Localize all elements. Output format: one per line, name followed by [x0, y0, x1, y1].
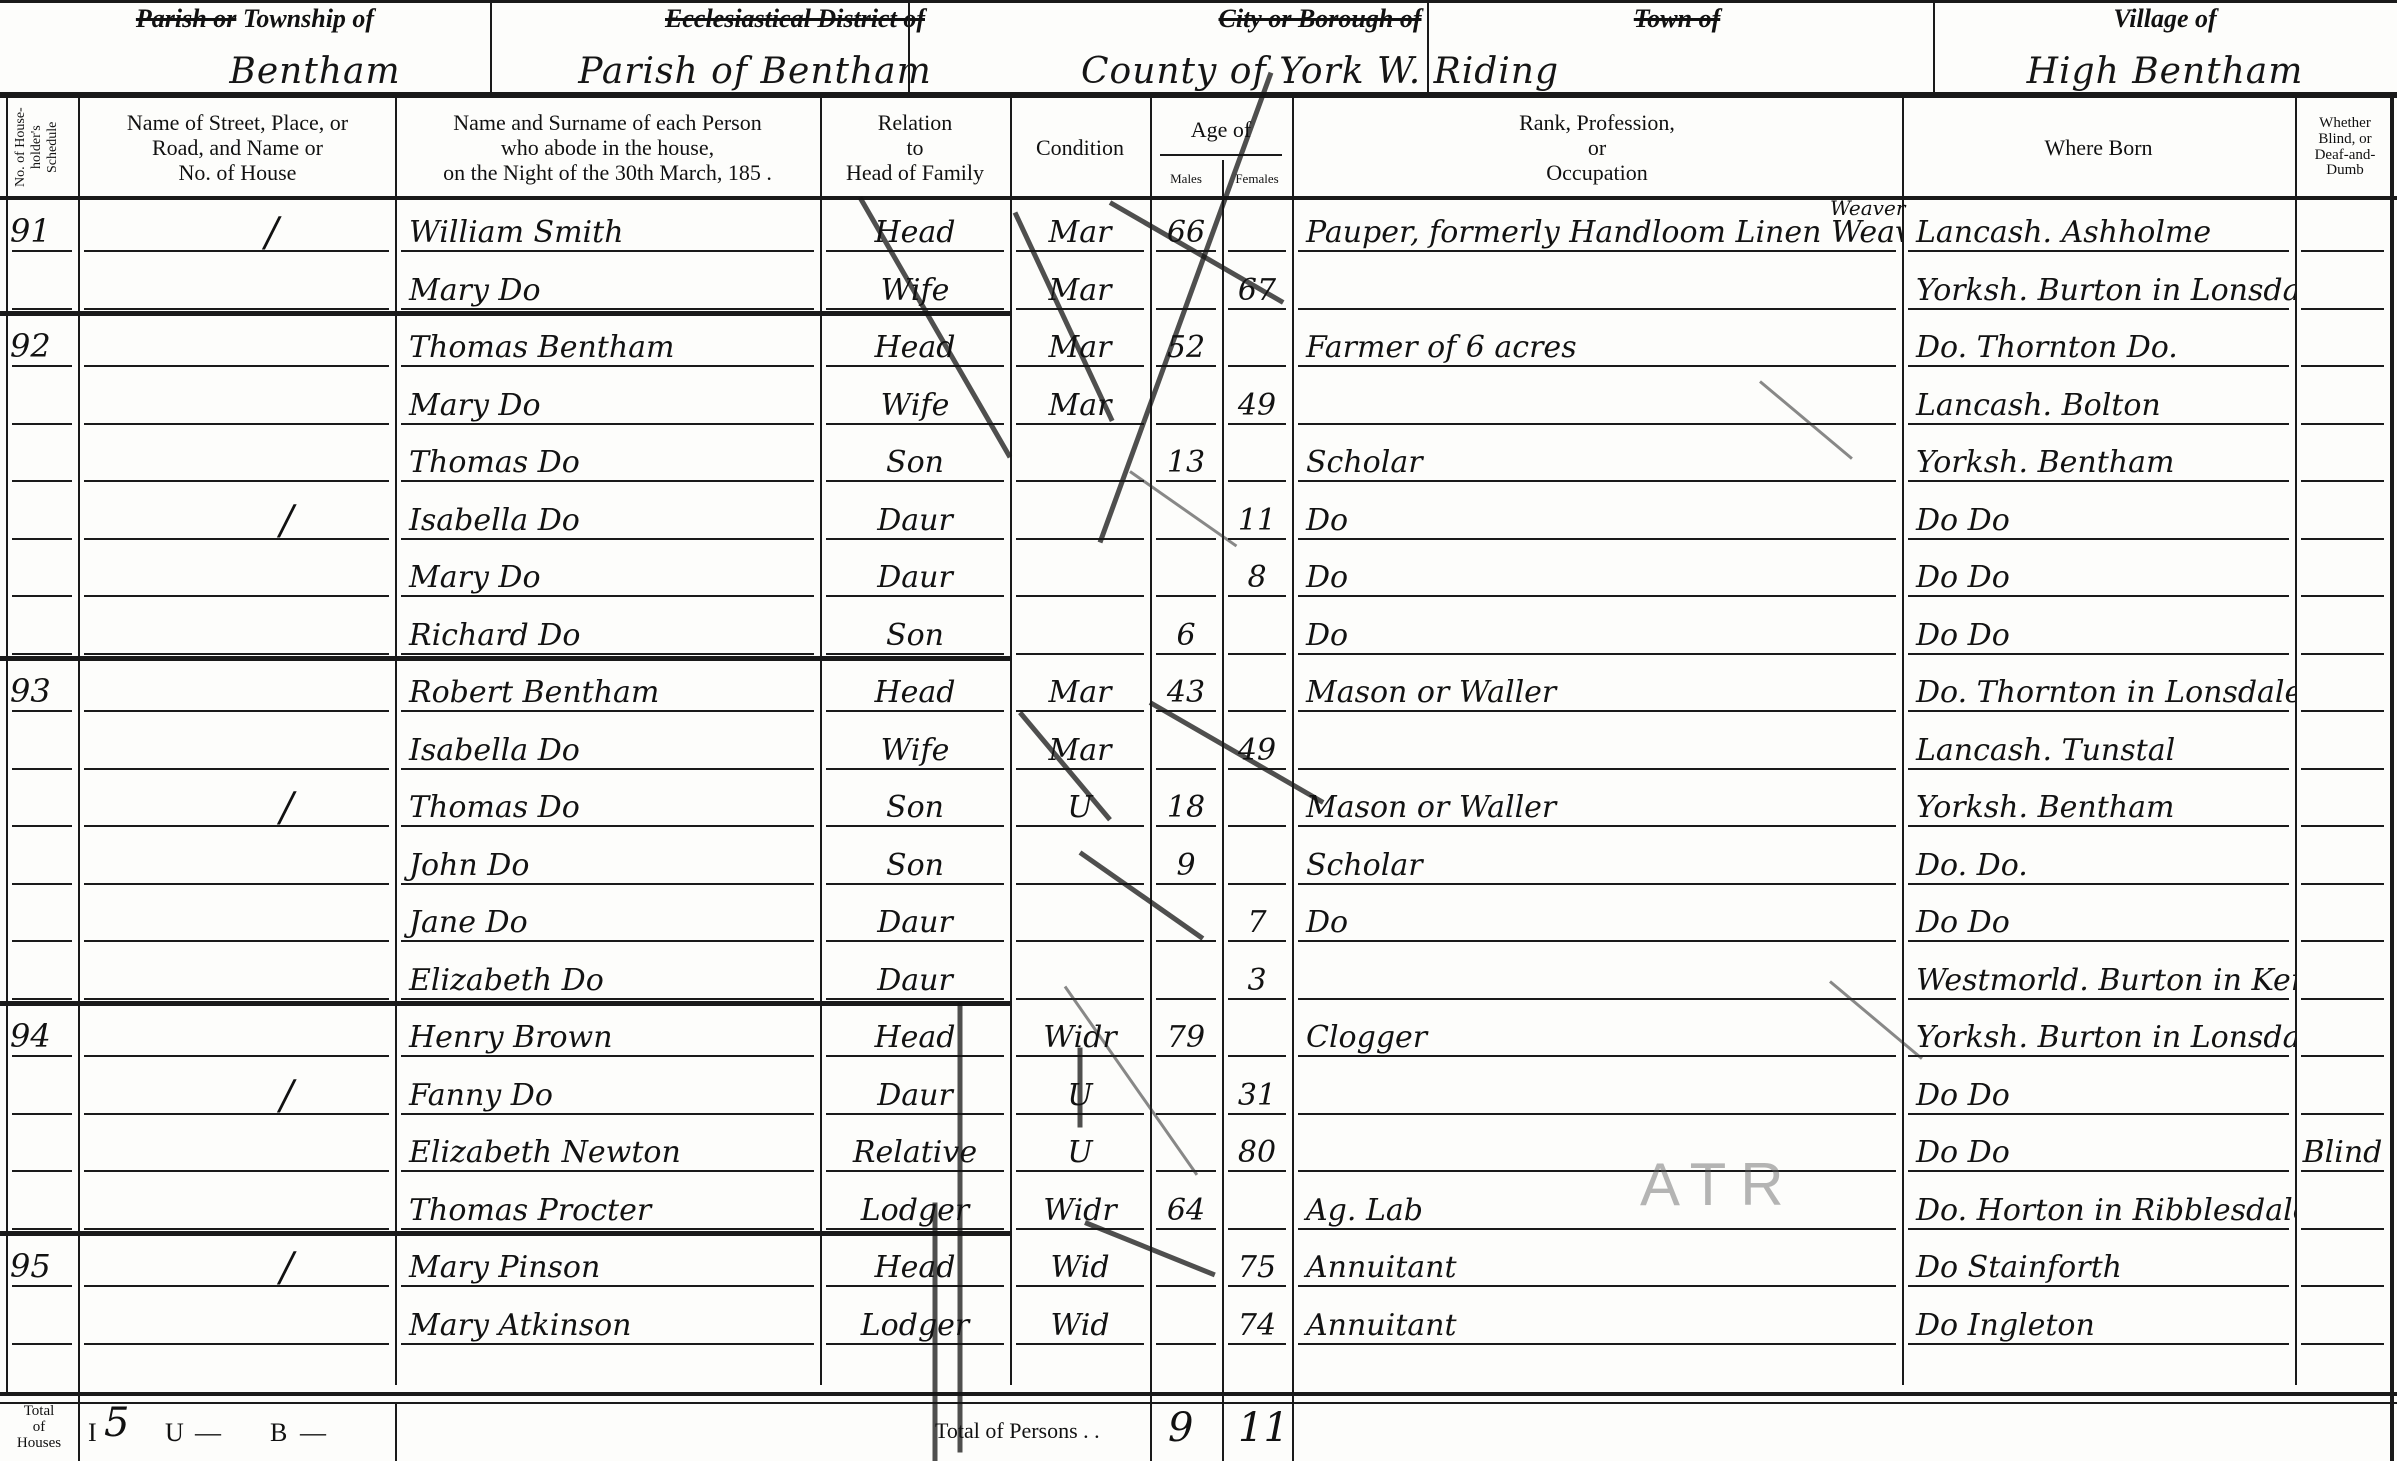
- condition: Wid: [1010, 1293, 1150, 1347]
- occupation: Pauper, formerly Handloom Linen Weaver: [1292, 200, 1902, 254]
- table-row: Thomas DoSon13ScholarYorksh. Bentham: [0, 430, 2397, 488]
- person-name: Mary Do: [395, 258, 820, 312]
- person-name: Jane Do: [395, 890, 820, 944]
- person-name: Mary Do: [395, 545, 820, 599]
- total-females: 11: [1238, 1405, 1289, 1451]
- uninhabited-value: —: [195, 1418, 221, 1448]
- relation-to-head: Head: [820, 1005, 1010, 1059]
- street-address: [78, 1293, 395, 1347]
- table-row: Mary DoDaur8DoDo Do: [0, 545, 2397, 603]
- total-houses-label: Total of Houses: [2, 1404, 76, 1451]
- person-name: Thomas Do: [395, 775, 820, 829]
- schedule-number: [6, 545, 78, 599]
- where-born: Yorksh. Bentham: [1902, 430, 2295, 484]
- where-born: Lancash. Bolton: [1902, 373, 2295, 427]
- occupation: Clogger: [1292, 1005, 1902, 1059]
- schedule-number: [6, 258, 78, 312]
- where-born: Do Do: [1902, 488, 2295, 542]
- street-address: [78, 315, 395, 369]
- person-name: Robert Bentham: [395, 660, 820, 714]
- age-male: [1150, 545, 1222, 599]
- ecclesiastical-value: Parish of Bentham: [490, 51, 1020, 92]
- header-ecclesiastical: Ecclesiastical District of Parish of Ben…: [490, 0, 1020, 92]
- parish-value: Bentham: [20, 51, 490, 92]
- schedule-number: [6, 718, 78, 772]
- inhabited-value: 5: [104, 1400, 129, 1446]
- relation-to-head: Son: [820, 833, 1010, 887]
- schedule-number: 92: [6, 315, 78, 369]
- occupation: [1292, 373, 1902, 427]
- relation-to-head: Daur: [820, 948, 1010, 1002]
- street-address: [78, 660, 395, 714]
- schedule-number: 95: [6, 1235, 78, 1289]
- person-name: Elizabeth Newton: [395, 1120, 820, 1174]
- street-address: [78, 718, 395, 772]
- footer-rule: [0, 1392, 2397, 1396]
- age-female: [1222, 200, 1292, 254]
- table-row: Isabella DoDaur11DoDo Do: [0, 488, 2397, 546]
- ecclesiastical-struck-label: Ecclesiastical District of: [665, 4, 925, 33]
- blind-deaf: [2295, 430, 2390, 484]
- blind-deaf: [2295, 603, 2390, 657]
- village-value: High Bentham: [1933, 51, 2397, 92]
- relation-to-head: Wife: [820, 718, 1010, 772]
- where-born: Do Ingleton: [1902, 1293, 2295, 1347]
- where-born: Do Do: [1902, 890, 2295, 944]
- age-female: 11: [1222, 488, 1292, 542]
- street-address: [78, 1120, 395, 1174]
- header-town: Town of: [1427, 0, 1927, 92]
- age-female: 31: [1222, 1063, 1292, 1117]
- age-male: [1150, 1293, 1222, 1347]
- condition: [1010, 833, 1150, 887]
- person-name: Mary Pinson: [395, 1235, 820, 1289]
- street-address: [78, 545, 395, 599]
- schedule-number: [6, 890, 78, 944]
- person-name: Richard Do: [395, 603, 820, 657]
- occupation: Mason or Waller: [1292, 775, 1902, 829]
- blind-deaf: [2295, 718, 2390, 772]
- where-born: Do Stainforth: [1902, 1235, 2295, 1289]
- age-female: 8: [1222, 545, 1292, 599]
- condition: [1010, 890, 1150, 944]
- footer-rule-2: [0, 1402, 2397, 1404]
- schedule-number: [6, 373, 78, 427]
- table-row: 92Thomas BenthamHeadMar52Farmer of 6 acr…: [0, 315, 2397, 373]
- occupation: [1292, 948, 1902, 1002]
- age-male: 18: [1150, 775, 1222, 829]
- occupation: Do: [1292, 545, 1902, 599]
- age-female: 80: [1222, 1120, 1292, 1174]
- city-struck-label: City or Borough of: [1219, 4, 1422, 33]
- relation-to-head: Head: [820, 200, 1010, 254]
- occupation: Annuitant: [1292, 1293, 1902, 1347]
- relation-to-head: Wife: [820, 373, 1010, 427]
- tally-tick-icon: /: [280, 1073, 293, 1119]
- age-male: 64: [1150, 1178, 1222, 1232]
- street-address: [78, 1178, 395, 1232]
- table-row: Elizabeth DoDaur3Westmorld. Burton in Ke…: [0, 948, 2397, 1006]
- age-female: 74: [1222, 1293, 1292, 1347]
- schedule-number: 91: [6, 200, 78, 254]
- blind-deaf: [2295, 258, 2390, 312]
- building-label: B: [270, 1418, 287, 1448]
- person-name: Isabella Do: [395, 488, 820, 542]
- age-male: 52: [1150, 315, 1222, 369]
- table-row: Mary AtkinsonLodgerWid74AnnuitantDo Ingl…: [0, 1293, 2397, 1351]
- relation-to-head: Relative: [820, 1120, 1010, 1174]
- where-born: Do. Thornton Do.: [1902, 315, 2295, 369]
- age-male: 13: [1150, 430, 1222, 484]
- person-name: Mary Atkinson: [395, 1293, 820, 1347]
- relation-to-head: Lodger: [820, 1178, 1010, 1232]
- age-female: 3: [1222, 948, 1292, 1002]
- occupation: Ag. Lab: [1292, 1178, 1902, 1232]
- person-name: Fanny Do: [395, 1063, 820, 1117]
- tally-tick-icon: /: [280, 1245, 293, 1291]
- schedule-number: [6, 430, 78, 484]
- person-name: Thomas Bentham: [395, 315, 820, 369]
- schedule-number: [6, 775, 78, 829]
- schedule-number: [6, 603, 78, 657]
- street-address: [78, 258, 395, 312]
- age-divider: [1160, 154, 1282, 156]
- street-address: [78, 890, 395, 944]
- parish-label: Township of: [243, 4, 374, 33]
- col-head-occupation: Rank, Profession, or Occupation: [1292, 100, 1902, 195]
- age-female: [1222, 603, 1292, 657]
- col-head-blind: Whether Blind, or Deaf-and- Dumb: [2295, 100, 2395, 195]
- person-name: Thomas Procter: [395, 1178, 820, 1232]
- table-row: 94Henry BrownHeadWidr79CloggerYorksh. Bu…: [0, 1005, 2397, 1063]
- relation-to-head: Head: [820, 1235, 1010, 1289]
- col-head-schedule: No. of House-holder's Schedule: [2, 100, 72, 195]
- condition: Mar: [1010, 660, 1150, 714]
- schedule-number: [6, 1063, 78, 1117]
- where-born: Do. Thornton in Lonsdale: [1902, 660, 2295, 714]
- age-female: [1222, 1178, 1292, 1232]
- occupation: Scholar: [1292, 833, 1902, 887]
- condition: Widr: [1010, 1178, 1150, 1232]
- village-label: Village of: [2113, 4, 2216, 33]
- age-female: [1222, 660, 1292, 714]
- occupation: [1292, 718, 1902, 772]
- blind-deaf: [2295, 660, 2390, 714]
- col-head-name: Name and Surname of each Person who abod…: [395, 100, 820, 195]
- blind-deaf: [2295, 833, 2390, 887]
- header-village: Village of High Bentham: [1933, 0, 2397, 92]
- age-female: 49: [1222, 373, 1292, 427]
- schedule-number: [6, 948, 78, 1002]
- table-row: 91William SmithHeadMar66Pauper, formerly…: [0, 200, 2397, 258]
- schedule-number: [6, 1120, 78, 1174]
- occupation: Do: [1292, 488, 1902, 542]
- schedule-number: [6, 1178, 78, 1232]
- condition: U: [1010, 1120, 1150, 1174]
- pencil-stamp: ATR: [1640, 1150, 1798, 1219]
- blind-deaf: [2295, 373, 2390, 427]
- occupation: Do: [1292, 890, 1902, 944]
- col-head-age-males: Males: [1150, 165, 1222, 193]
- relation-to-head: Daur: [820, 545, 1010, 599]
- street-address: [78, 1005, 395, 1059]
- schedule-number: [6, 1293, 78, 1347]
- age-male: [1150, 1120, 1222, 1174]
- title-band-rule: [0, 92, 2397, 98]
- street-address: [78, 775, 395, 829]
- blind-deaf: [2295, 315, 2390, 369]
- age-female: [1222, 1005, 1292, 1059]
- occupation: Mason or Waller: [1292, 660, 1902, 714]
- relation-to-head: Daur: [820, 488, 1010, 542]
- person-name: Isabella Do: [395, 718, 820, 772]
- occupation: Do: [1292, 603, 1902, 657]
- table-row: Thomas ProcterLodgerWidr64Ag. LabDo. Hor…: [0, 1178, 2397, 1236]
- blind-deaf: [2295, 488, 2390, 542]
- table-row: Thomas DoSonU18Mason or WallerYorksh. Be…: [0, 775, 2397, 833]
- street-address: [78, 488, 395, 542]
- age-female: [1222, 315, 1292, 369]
- blind-deaf: Blind: [2295, 1120, 2390, 1174]
- condition: Mar: [1010, 315, 1150, 369]
- age-male: 6: [1150, 603, 1222, 657]
- street-address: [78, 373, 395, 427]
- relation-to-head: Wife: [820, 258, 1010, 312]
- relation-to-head: Son: [820, 775, 1010, 829]
- household-separator: [0, 1231, 1010, 1236]
- occupation: [1292, 1120, 1902, 1174]
- table-row: Elizabeth NewtonRelativeU80Do DoBlind: [0, 1120, 2397, 1178]
- tally-tick-icon: /: [280, 498, 293, 544]
- schedule-number: 93: [6, 660, 78, 714]
- age-male: 79: [1150, 1005, 1222, 1059]
- person-name: William Smith: [395, 200, 820, 254]
- where-born: Lancash. Tunstal: [1902, 718, 2295, 772]
- age-female: [1222, 833, 1292, 887]
- street-address: [78, 1063, 395, 1117]
- blind-deaf: [2295, 200, 2390, 254]
- table-row: 93Robert BenthamHeadMar43Mason or Waller…: [0, 660, 2397, 718]
- building-value: —: [300, 1418, 326, 1448]
- condition: [1010, 545, 1150, 599]
- blind-deaf: [2295, 1178, 2390, 1232]
- household-separator: [0, 1001, 1010, 1006]
- where-born: Do Do: [1902, 1063, 2295, 1117]
- condition: [1010, 603, 1150, 657]
- table-row: Mary DoWifeMar49Lancash. Bolton: [0, 373, 2397, 431]
- col-head-relation: Relation to Head of Family: [820, 100, 1010, 195]
- blind-deaf: [2295, 775, 2390, 829]
- age-male: 9: [1150, 833, 1222, 887]
- occupation: Annuitant: [1292, 1235, 1902, 1289]
- relation-to-head: Son: [820, 603, 1010, 657]
- street-address: [78, 430, 395, 484]
- age-male: [1150, 948, 1222, 1002]
- relation-to-head: Son: [820, 430, 1010, 484]
- age-female: 49: [1222, 718, 1292, 772]
- occupation: Farmer of 6 acres: [1292, 315, 1902, 369]
- relation-to-head: Head: [820, 315, 1010, 369]
- relation-to-head: Daur: [820, 890, 1010, 944]
- blind-deaf: [2295, 948, 2390, 1002]
- uninhabited-label: U: [165, 1418, 184, 1448]
- blind-deaf: [2295, 1063, 2390, 1117]
- condition: Mar: [1010, 373, 1150, 427]
- household-separator: [0, 656, 1010, 661]
- age-female: 75: [1222, 1235, 1292, 1289]
- inhabited-label: I: [88, 1418, 97, 1448]
- where-born: Lancash. Ashholme: [1902, 200, 2295, 254]
- occupation: [1292, 258, 1902, 312]
- tally-tick-icon: /: [265, 210, 278, 256]
- where-born: Do Do: [1902, 545, 2295, 599]
- table-row: Richard DoSon6DoDo Do: [0, 603, 2397, 661]
- street-address: [78, 200, 395, 254]
- where-born: Do Do: [1902, 1120, 2295, 1174]
- where-born: Yorksh. Burton in Lonsdale: [1902, 258, 2295, 312]
- table-row: John DoSon9ScholarDo. Do.: [0, 833, 2397, 891]
- blind-deaf: [2295, 1293, 2390, 1347]
- age-female: 7: [1222, 890, 1292, 944]
- relation-to-head: Head: [820, 660, 1010, 714]
- occupation: Scholar: [1292, 430, 1902, 484]
- col-head-condition: Condition: [1010, 100, 1150, 195]
- town-struck-label: Town of: [1634, 4, 1720, 33]
- condition: [1010, 948, 1150, 1002]
- age-female: [1222, 775, 1292, 829]
- person-name: John Do: [395, 833, 820, 887]
- condition: [1010, 488, 1150, 542]
- divider: [908, 0, 910, 95]
- col-head-street: Name of Street, Place, or Road, and Name…: [80, 100, 395, 195]
- household-separator: [0, 311, 1010, 316]
- where-born: Westmorld. Burton in Kendal: [1902, 948, 2295, 1002]
- street-address: [78, 948, 395, 1002]
- col-rule: [395, 1402, 397, 1461]
- blind-deaf: [2295, 1235, 2390, 1289]
- person-name: Thomas Do: [395, 430, 820, 484]
- parish-struck-label: Parish or: [136, 4, 236, 33]
- street-address: [78, 603, 395, 657]
- blind-deaf: [2295, 890, 2390, 944]
- where-born: Yorksh. Burton in Lonsdale: [1902, 1005, 2295, 1059]
- blind-deaf: [2295, 545, 2390, 599]
- occupation: [1292, 1063, 1902, 1117]
- where-born: Yorksh. Bentham: [1902, 775, 2295, 829]
- age-male: [1150, 1063, 1222, 1117]
- table-row: 95Mary PinsonHeadWid75AnnuitantDo Stainf…: [0, 1235, 2397, 1293]
- condition: Widr: [1010, 1005, 1150, 1059]
- where-born: Do. Horton in Ribblesdale: [1902, 1178, 2295, 1232]
- relation-to-head: Lodger: [820, 1293, 1010, 1347]
- table-row: Jane DoDaur7DoDo Do: [0, 890, 2397, 948]
- tally-tick-icon: /: [280, 785, 293, 831]
- person-name: Elizabeth Do: [395, 948, 820, 1002]
- age-male: [1150, 890, 1222, 944]
- schedule-number: [6, 833, 78, 887]
- header-parish: Parish or Township of Bentham: [20, 0, 490, 92]
- schedule-number: 94: [6, 1005, 78, 1059]
- where-born: Do Do: [1902, 603, 2295, 657]
- blind-deaf: [2295, 1005, 2390, 1059]
- table-row: Fanny DoDaurU31Do Do: [0, 1063, 2397, 1121]
- person-name: Mary Do: [395, 373, 820, 427]
- street-address: [78, 1235, 395, 1289]
- age-female: [1222, 430, 1292, 484]
- schedule-number: [6, 488, 78, 542]
- col-head-where-born: Where Born: [1902, 100, 2295, 195]
- total-males: 9: [1168, 1405, 1193, 1451]
- col-head-age: Age of: [1150, 100, 1292, 160]
- condition: Mar: [1010, 258, 1150, 312]
- relation-to-head: Daur: [820, 1063, 1010, 1117]
- table-row: Isabella DoWifeMar49Lancash. Tunstal: [0, 718, 2397, 776]
- street-address: [78, 833, 395, 887]
- person-name: Henry Brown: [395, 1005, 820, 1059]
- where-born: Do. Do.: [1902, 833, 2295, 887]
